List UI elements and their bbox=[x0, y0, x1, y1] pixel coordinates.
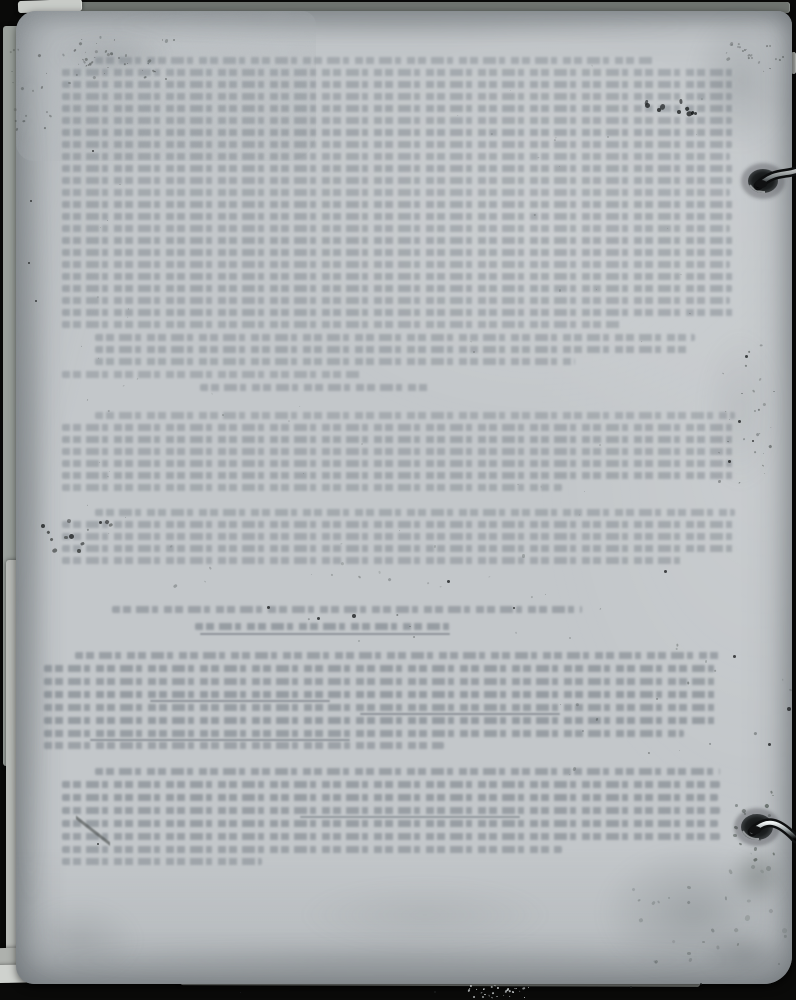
faded-text-line bbox=[62, 846, 562, 853]
faded-text-line bbox=[62, 484, 562, 491]
speck-dot bbox=[607, 136, 609, 138]
speck-dot bbox=[64, 535, 68, 538]
faded-text-line bbox=[44, 742, 444, 749]
faded-text-line bbox=[62, 249, 732, 256]
speck-dot bbox=[743, 438, 746, 440]
ink-speck bbox=[645, 103, 650, 108]
ink-speck bbox=[317, 617, 320, 620]
speck-dot bbox=[515, 632, 517, 634]
faded-text-line bbox=[62, 794, 718, 801]
faded-text-line bbox=[112, 606, 582, 613]
faded-text-line bbox=[62, 117, 732, 124]
ink-speck bbox=[240, 992, 241, 993]
ink-speck bbox=[738, 420, 741, 423]
underline-mark bbox=[200, 633, 450, 635]
speck-dot bbox=[77, 549, 81, 553]
faded-text-line bbox=[62, 557, 682, 564]
ink-speck bbox=[99, 521, 102, 524]
speck-dot bbox=[575, 703, 578, 706]
faded-text-line bbox=[95, 509, 735, 516]
speck-dot bbox=[744, 49, 746, 51]
ink-speck bbox=[752, 440, 754, 442]
faded-text-line bbox=[62, 237, 734, 244]
faded-text-line bbox=[44, 704, 720, 711]
speck-dot bbox=[14, 119, 16, 121]
ink-speck bbox=[30, 200, 32, 202]
faded-text-line bbox=[62, 129, 734, 136]
faded-text-line bbox=[62, 371, 362, 378]
speck-dot bbox=[676, 647, 678, 649]
faded-text-line bbox=[44, 730, 684, 737]
stain-blotch bbox=[16, 60, 46, 920]
speck-dot bbox=[779, 58, 781, 60]
faded-text-line bbox=[62, 436, 738, 443]
ink-speck bbox=[700, 983, 702, 985]
speck-dot bbox=[522, 554, 525, 558]
ink-speck bbox=[677, 110, 681, 114]
underline-mark bbox=[360, 713, 560, 715]
speck-dot bbox=[68, 81, 71, 83]
faded-text-line bbox=[62, 424, 738, 431]
speck-dot bbox=[716, 945, 719, 949]
underline-mark bbox=[300, 816, 520, 818]
stain-blotch bbox=[728, 845, 788, 905]
speck-dot bbox=[753, 847, 756, 851]
ink-speck bbox=[447, 580, 450, 583]
faded-text-line bbox=[95, 57, 655, 64]
speck-dot bbox=[774, 57, 777, 60]
speck-dot bbox=[772, 795, 774, 796]
faded-text-line bbox=[62, 309, 734, 316]
faded-text-line bbox=[62, 81, 734, 88]
underline-mark bbox=[90, 739, 350, 741]
faded-text-line bbox=[62, 858, 262, 865]
speck-dot bbox=[491, 986, 493, 988]
speck-dot bbox=[718, 480, 721, 483]
speck-dot bbox=[516, 987, 517, 988]
ink-speck bbox=[694, 112, 697, 115]
ink-speck bbox=[267, 606, 270, 609]
speck-dot bbox=[641, 341, 642, 342]
faded-text-line bbox=[62, 781, 720, 788]
faded-text-line bbox=[62, 225, 730, 232]
ink-speck bbox=[35, 300, 37, 302]
speck-dot bbox=[433, 544, 436, 547]
ink-speck bbox=[434, 991, 436, 993]
faded-text-line bbox=[62, 820, 718, 827]
ink-speck bbox=[728, 460, 731, 463]
scratch-mark bbox=[76, 813, 110, 849]
speck-dot bbox=[689, 312, 691, 314]
faded-text-line bbox=[62, 93, 732, 100]
stain-blotch bbox=[20, 900, 140, 980]
speck-dot bbox=[484, 994, 486, 995]
faded-text-line bbox=[62, 69, 734, 76]
faded-text-line bbox=[44, 717, 718, 724]
faded-text-line bbox=[44, 665, 720, 672]
stain-blotch bbox=[300, 880, 550, 950]
speck-dot bbox=[687, 682, 689, 685]
speck-dot bbox=[654, 959, 658, 963]
faded-text-line bbox=[95, 346, 691, 353]
underline-mark bbox=[150, 700, 330, 702]
speck-dot bbox=[108, 410, 110, 412]
speck-dot bbox=[13, 108, 16, 111]
ink-speck bbox=[768, 743, 771, 746]
faded-text-line bbox=[62, 545, 738, 552]
ink-speck bbox=[41, 524, 45, 528]
faded-text-line bbox=[62, 533, 736, 540]
ink-speck bbox=[745, 355, 748, 358]
faded-text-line bbox=[62, 472, 736, 479]
faded-text-line bbox=[62, 273, 734, 280]
faded-text-line bbox=[62, 807, 720, 814]
speck-dot bbox=[534, 214, 536, 216]
faded-text-line bbox=[62, 141, 732, 148]
speck-dot bbox=[524, 997, 525, 998]
faded-text-line bbox=[62, 833, 720, 840]
faded-text-line bbox=[62, 177, 732, 184]
ink-speck bbox=[69, 534, 74, 539]
faded-text-line bbox=[95, 334, 695, 341]
ink-speck bbox=[92, 150, 94, 152]
faded-text-line bbox=[62, 213, 732, 220]
speck-dot bbox=[509, 996, 510, 997]
faded-text-line bbox=[95, 768, 720, 775]
ink-speck bbox=[352, 614, 356, 618]
faded-text-line bbox=[62, 189, 730, 196]
ink-speck bbox=[657, 108, 661, 112]
faded-text-line bbox=[62, 165, 734, 172]
faded-text-line bbox=[195, 623, 455, 630]
faded-text-line bbox=[62, 153, 730, 160]
ink-speck bbox=[787, 707, 791, 711]
faded-text-line bbox=[95, 358, 575, 365]
faded-text-line bbox=[62, 105, 734, 112]
faded-text-line bbox=[62, 460, 738, 467]
faded-text-line bbox=[44, 678, 720, 685]
faded-text-line bbox=[95, 412, 735, 419]
speck-dot bbox=[687, 952, 691, 955]
faded-text-line bbox=[62, 448, 736, 455]
faded-text-line bbox=[75, 652, 720, 659]
faded-text-line bbox=[62, 285, 732, 292]
ink-speck bbox=[28, 262, 30, 264]
ink-speck bbox=[513, 607, 515, 609]
speck-dot bbox=[765, 865, 771, 871]
faded-text-line bbox=[62, 521, 738, 528]
ink-speck bbox=[733, 655, 736, 658]
speck-dot bbox=[482, 995, 484, 997]
ink-speck bbox=[664, 570, 667, 573]
stain-blotch bbox=[100, 12, 700, 38]
faded-text-line bbox=[200, 384, 430, 391]
faded-text-line bbox=[62, 201, 734, 208]
speck-dot bbox=[497, 987, 499, 989]
faded-text-line bbox=[44, 691, 718, 698]
speck-dot bbox=[99, 36, 101, 39]
faded-text-line bbox=[62, 297, 730, 304]
photo-frame bbox=[0, 0, 796, 1000]
faded-text-line bbox=[62, 261, 730, 268]
speck-dot bbox=[528, 987, 529, 988]
ink-speck bbox=[630, 986, 632, 988]
faded-text-line bbox=[62, 321, 622, 328]
speck-dot bbox=[554, 139, 556, 141]
